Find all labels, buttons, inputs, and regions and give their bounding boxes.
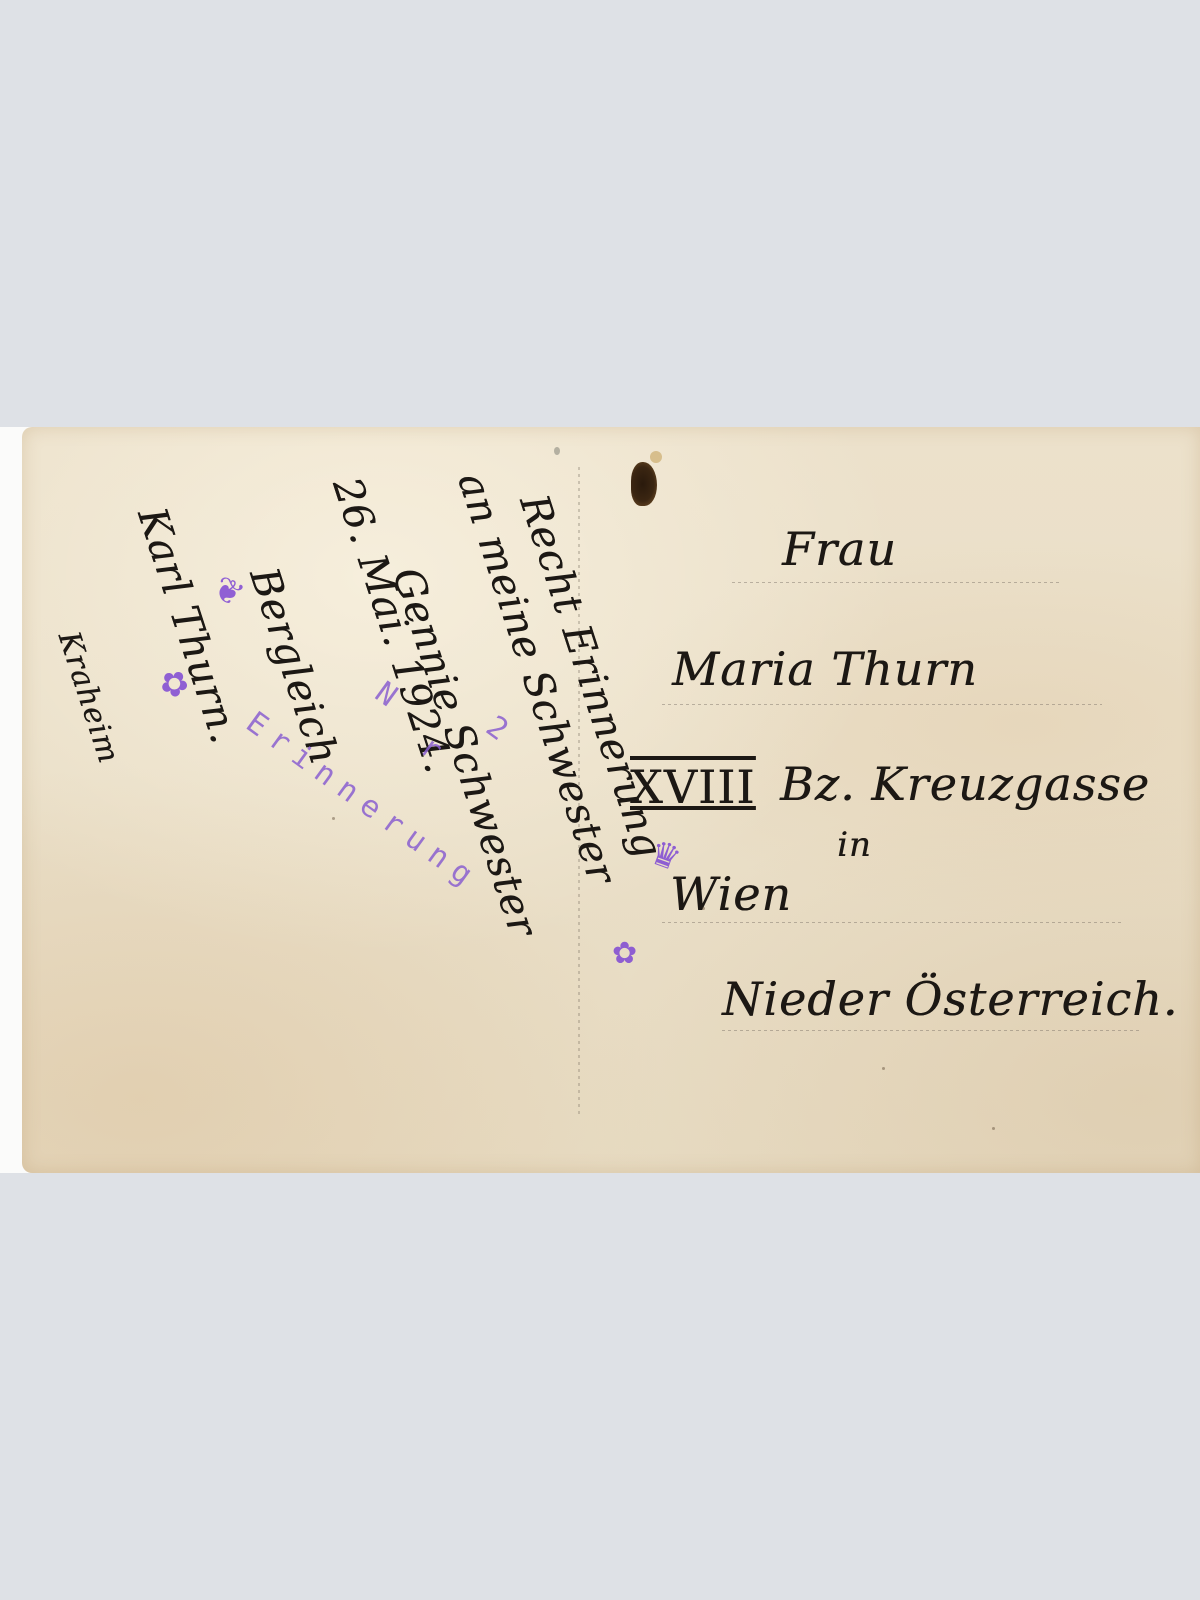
address-preposition: in	[837, 825, 872, 865]
address-line	[662, 704, 1102, 705]
fan-ornament-icon: ✿	[612, 939, 637, 969]
address-region: Nieder Österreich.	[722, 972, 1178, 1026]
message-line-7: Kraheim	[51, 627, 127, 768]
image-viewer: Frau Maria Thurn XVIII Bz. Kreuzgasse in…	[0, 0, 1200, 1600]
paper-damage-hole	[631, 462, 657, 506]
paper-speck	[992, 1127, 995, 1130]
address-line	[662, 922, 1122, 923]
address-salutation: Frau	[782, 522, 897, 576]
fleuron-ornament-icon: ❦	[207, 570, 249, 614]
address-line	[722, 1030, 1142, 1031]
paper-speck	[882, 1067, 885, 1070]
stain	[650, 451, 662, 463]
address-name: Maria Thurn	[672, 642, 978, 696]
pin-mark	[554, 447, 560, 455]
address-city: Wien	[670, 867, 792, 921]
paper-speck	[332, 817, 335, 820]
paper-speck	[702, 907, 705, 910]
postcard: Frau Maria Thurn XVIII Bz. Kreuzgasse in…	[22, 427, 1200, 1173]
message-line-6: Karl Thurn.	[128, 502, 248, 749]
address-line	[732, 582, 1062, 583]
address-street: Bz. Kreuzgasse	[780, 757, 1150, 811]
